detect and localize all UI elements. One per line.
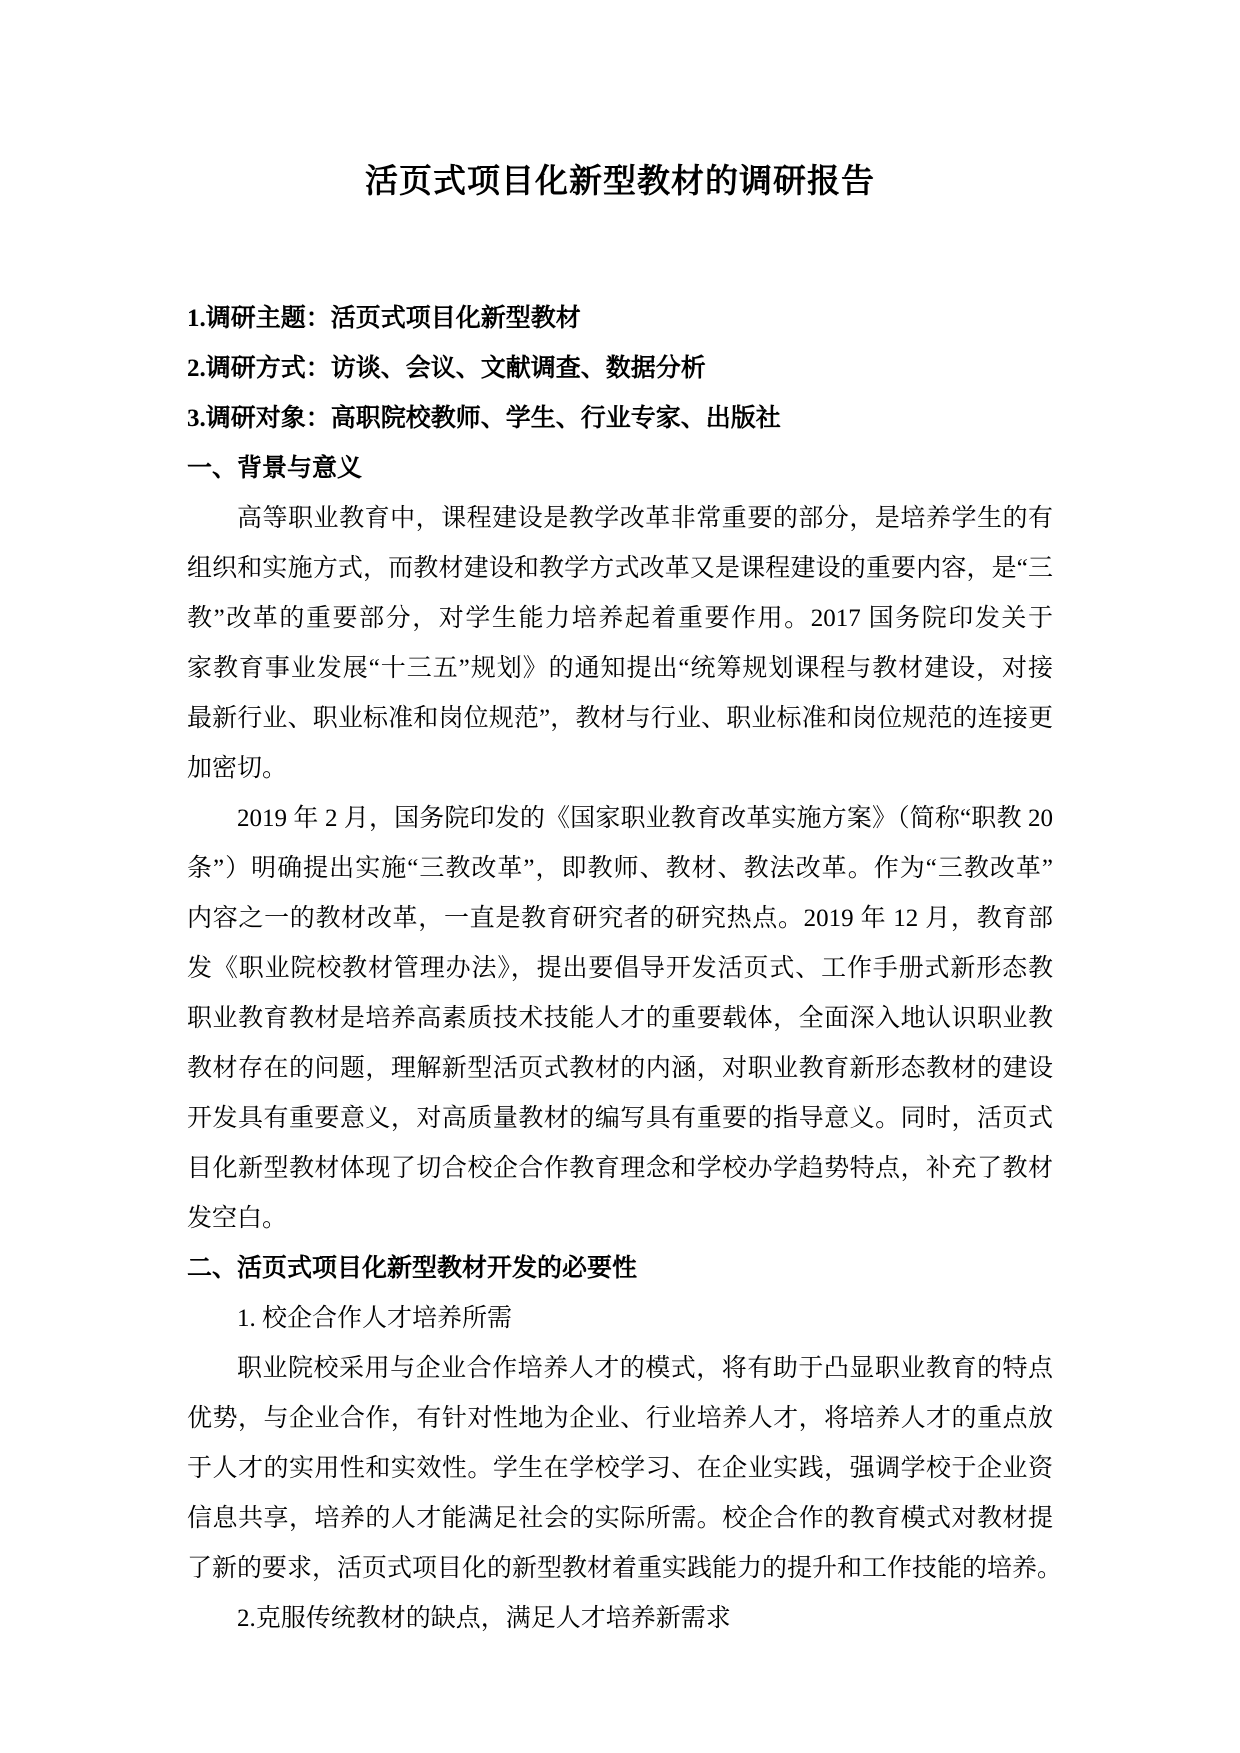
body-line: 目化新型教材体现了切合校企合作教育理念和学校办学趋势特点，补充了教材开 — [187, 1144, 1053, 1194]
body-line: 发空白。 — [187, 1194, 1053, 1244]
body-line: 优势，与企业合作，有针对性地为企业、行业培养人才，将培养人才的重点放置 — [187, 1394, 1053, 1444]
body-line: 了新的要求，活页式项目化的新型教材着重实践能力的提升和工作技能的培养。 — [187, 1544, 1053, 1594]
body-line: 教”改革的重要部分，对学生能力培养起着重要作用。2017 国务院印发关于《国 — [187, 594, 1053, 644]
section-heading-1: 一、背景与意义 — [187, 444, 1053, 494]
body-line: 职业教育教材是培养高素质技术技能人才的重要载体，全面深入地认识职业教育 — [187, 994, 1053, 1044]
body-line: 于人才的实用性和实效性。学生在学校学习、在企业实践，强调学校于企业资源、 — [187, 1444, 1053, 1494]
body-line: 组织和实施方式，而教材建设和教学方式改革又是课程建设的重要内容，是“三 — [187, 544, 1053, 594]
sub-item-2: 2.克服传统教材的缺点，满足人才培养新需求 — [187, 1594, 1053, 1644]
document-title: 活页式项目化新型教材的调研报告 — [187, 160, 1053, 204]
document-body: 1.调研主题：活页式项目化新型教材2.调研方式：访谈、会议、文献调查、数据分析3… — [187, 294, 1053, 1644]
body-line: 开发具有重要意义，对高质量教材的编写具有重要的指导意义。同时，活页式项 — [187, 1094, 1053, 1144]
body-line: 职业院校采用与企业合作培养人才的模式，将有助于凸显职业教育的特点和 — [187, 1344, 1053, 1394]
body-line: 加密切。 — [187, 744, 1053, 794]
body-line: 条”）明确提出实施“三教改革”，即教师、教材、教法改革。作为“三教改革” — [187, 844, 1053, 894]
meta-item-subject: 3.调研对象：高职院校教师、学生、行业专家、出版社 — [187, 394, 1053, 444]
body-line: 信息共享，培养的人才能满足社会的实际所需。校企合作的教育模式对教材提出 — [187, 1494, 1053, 1544]
body-line: 高等职业教育中，课程建设是教学改革非常重要的部分，是培养学生的有效 — [187, 494, 1053, 544]
meta-item-topic: 1.调研主题：活页式项目化新型教材 — [187, 294, 1053, 344]
body-line: 最新行业、职业标准和岗位规范”，教材与行业、职业标准和岗位规范的连接更 — [187, 694, 1053, 744]
body-line: 2019 年 2 月，国务院印发的《国家职业教育改革实施方案》（简称“职教 20 — [187, 794, 1053, 844]
document-page: 活页式项目化新型教材的调研报告 1.调研主题：活页式项目化新型教材2.调研方式：… — [0, 0, 1240, 1753]
body-line: 家教育事业发展“十三五”规划》的通知提出“统筹规划课程与教材建设，对接 — [187, 644, 1053, 694]
body-line: 内容之一的教材改革，一直是教育研究者的研究热点。2019 年 12 月，教育部印 — [187, 894, 1053, 944]
body-line: 教材存在的问题，理解新型活页式教材的内涵，对职业教育新形态教材的建设与 — [187, 1044, 1053, 1094]
sub-item-1: 1. 校企合作人才培养所需 — [187, 1294, 1053, 1344]
section-heading-2: 二、活页式项目化新型教材开发的必要性 — [187, 1244, 1053, 1294]
meta-item-method: 2.调研方式：访谈、会议、文献调查、数据分析 — [187, 344, 1053, 394]
body-line: 发《职业院校教材管理办法》，提出要倡导开发活页式、工作手册式新形态教材。 — [187, 944, 1053, 994]
